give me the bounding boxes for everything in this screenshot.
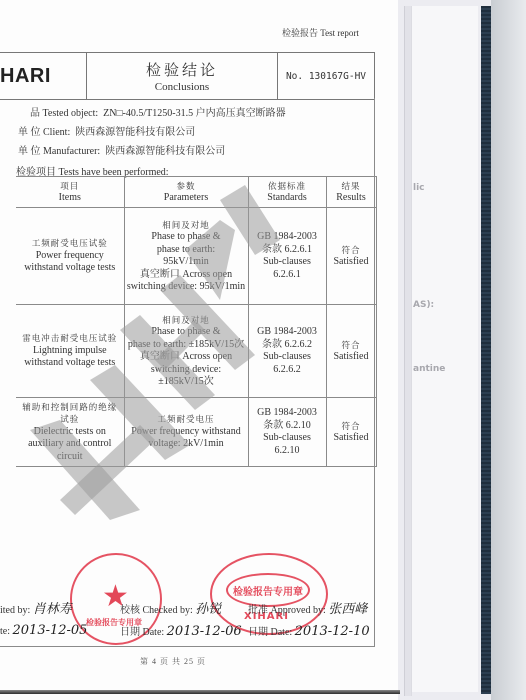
edited-signature: 肖林寿 — [33, 602, 72, 617]
client-value: 陕西森源智能科技有限公司 — [75, 127, 195, 138]
checked-signature: 孙锐 — [195, 602, 221, 617]
tested-object-label: 品 Tested object: — [30, 108, 98, 119]
checked-by: 校核 Checked by: 孙锐 — [120, 598, 221, 617]
bleed-through-text: AS): — [413, 300, 434, 310]
report-number: No. 130167G-HV — [278, 53, 374, 99]
checked-date: 日期 Date: 2013-12-06 — [120, 623, 242, 639]
item-cell: 工频耐受电压试验Power frequency withstand voltag… — [16, 208, 124, 305]
column-header-standards: 依据标准Standards — [248, 177, 326, 208]
binder-spine — [481, 6, 491, 694]
approved-date: 日期 Date: 2013-12-10 — [248, 623, 370, 639]
binder-edge — [491, 0, 526, 700]
standard-cell: GB 1984-2003条款 6.2.6.1Sub-clauses 6.2.6.… — [248, 208, 326, 305]
tested-object-line: 品 Tested object:ZN□-40.5/T1250-31.5 户内高压… — [30, 104, 286, 119]
adjacent-page — [412, 6, 478, 692]
tests-table: 项目Items 参数Parameters 依据标准Standards 结果Res… — [16, 176, 377, 467]
item-cell: 辅助和控制回路的绝缘试验Dielectric tests on auxiliar… — [16, 398, 124, 467]
page-number: 第 4 页 共 25 页 — [140, 656, 206, 667]
client-line: 单 位 Client:陕西森源智能科技有限公司 — [18, 123, 195, 138]
tested-object-value: ZN□-40.5/T1250-31.5 户内高压真空断路器 — [103, 108, 285, 119]
client-label: 单 位 Client: — [18, 127, 70, 138]
report-type-label: 检验报告 Test report — [282, 26, 359, 39]
column-header-items: 项目Items — [16, 177, 124, 208]
manufacturer-label: 单 位 Manufacturer: — [18, 146, 100, 157]
frame-bottom-border — [0, 646, 375, 647]
table-row: 辅助和控制回路的绝缘试验Dielectric tests on auxiliar… — [16, 398, 376, 467]
manufacturer-line: 单 位 Manufacturer:陕西森源智能科技有限公司 — [18, 142, 225, 157]
standard-cell: GB 1984-2003条款 6.2.10Sub-clauses 6.2.10 — [248, 398, 326, 467]
standard-cell: GB 1984-2003条款 6.2.6.2Sub-clauses 6.2.6.… — [248, 305, 326, 398]
bleed-through-text: antine — [413, 364, 445, 374]
page-edge-strip — [404, 6, 412, 696]
manufacturer-value: 陕西森源智能科技有限公司 — [105, 146, 225, 157]
title-zh: 检验结论 — [87, 59, 277, 80]
title-en: Conclusions — [87, 81, 277, 93]
result-cell: 符合Satisfied — [326, 398, 376, 467]
column-header-parameters: 参数Parameters — [124, 177, 248, 208]
edited-by: ited by: 肖林寿 — [0, 598, 72, 617]
approved-signature: 张西峰 — [328, 602, 367, 617]
company-logo: HARI — [0, 53, 87, 99]
bleed-through-text: lic — [413, 183, 425, 193]
page-bottom-edge — [0, 690, 400, 694]
parameters-cell: 相间及对地Phase to phase &phase to earth: ±18… — [124, 305, 248, 398]
result-cell: 符合Satisfied — [326, 305, 376, 398]
table-row: 工频耐受电压试验Power frequency withstand voltag… — [16, 208, 376, 305]
column-header-results: 结果Results — [326, 177, 376, 208]
parameters-cell: 相间及对地Phase to phase &phase to earth:95kV… — [124, 208, 248, 305]
header-table: HARI 检验结论 Conclusions No. 130167G-HV — [0, 52, 375, 100]
parameters-cell: 工频耐受电压Power frequency withstandvoltage: … — [124, 398, 248, 467]
page-title: 检验结论 Conclusions — [87, 53, 278, 99]
approved-by: 批准 Approved by: 张西峰 — [248, 598, 367, 617]
table-header-row: 项目Items 参数Parameters 依据标准Standards 结果Res… — [16, 177, 376, 208]
item-cell: 雷电冲击耐受电压试验Lightning impulse withstand vo… — [16, 305, 124, 398]
table-row: 雷电冲击耐受电压试验Lightning impulse withstand vo… — [16, 305, 376, 398]
result-cell: 符合Satisfied — [326, 208, 376, 305]
edited-date: te: 2013-12-05 — [0, 623, 87, 638]
